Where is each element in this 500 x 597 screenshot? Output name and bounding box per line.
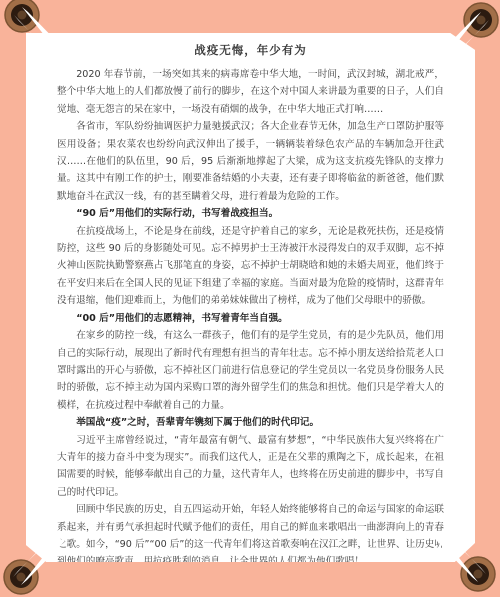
document-paragraph: 回顾中华民族的历史，自五四运动开始，年轻人始终能够将自己的命运与国家的命运联系起… (57, 501, 444, 571)
document-paragraph: 习近平主席曾经说过，“青年最富有朝气、最富有梦想”，“中华民族伟大复兴终将在广大… (57, 432, 444, 502)
document-paragraph: 各省市，军队纷纷抽调医护力量驰援武汉；各大企业春节无休，加急生产口罩防护服等医用… (57, 118, 444, 205)
page-background: 战疫无悔，年少有为 2020 年春节前，一场突如其来的病毒席卷中华大地，一时间，… (0, 0, 500, 597)
document-body: 2020 年春节前，一场突如其来的病毒席卷中华大地，一时间，武汉封城，湖北戒严，… (57, 66, 444, 571)
document-paragraph: 2020 年春节前，一场突如其来的病毒席卷中华大地，一时间，武汉封城，湖北戒严，… (57, 66, 444, 118)
document-subheading: “00 后”用他们的志愿精神，书写着青年当自强。 (57, 310, 444, 327)
document-paper: 战疫无悔，年少有为 2020 年春节前，一场突如其来的病毒席卷中华大地，一时间，… (26, 33, 475, 562)
document-title: 战疫无悔，年少有为 (57, 41, 444, 59)
document-subheading: 举国战“疫”之时，吾辈青年镌刻下属于他们的时代印记。 (57, 414, 444, 431)
document-subheading: “90 后”用他们的实际行动，书写着战疫担当。 (57, 205, 444, 222)
document-paragraph: 在家乡的防控一线，有这么一群孩子，他们有的是学生党员，有的是少先队员，他们用自己… (57, 327, 444, 414)
document-paragraph: 在抗疫战场上，不论是身在前线，还是守护着自己的家乡，无论是救死扶伤，还是疫情防控… (57, 223, 444, 310)
